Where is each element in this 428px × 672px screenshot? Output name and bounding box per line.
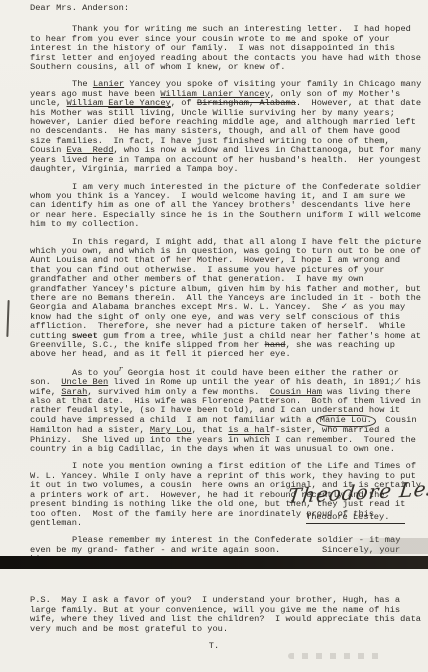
typed-signature-name: Theodore Lesley. (306, 512, 405, 524)
paragraph: Thank you for writing me such an interes… (30, 25, 424, 72)
scan-smudge-artifact (288, 653, 384, 659)
scan-artifact-bar (0, 556, 428, 569)
typed-initials: T. (0, 641, 428, 651)
text-segment: I am very much interested in the picture… (30, 182, 427, 230)
pen-superscript-r: r (119, 364, 123, 373)
paragraph: In this regard, I might add, that all al… (30, 238, 424, 360)
text-segment: Dear Mrs. Anderson: (30, 3, 129, 13)
scan-shadow-artifact (308, 538, 428, 554)
salutation: Dear Mrs. Anderson: (30, 4, 424, 13)
scanned-letter-page: Dear Mrs. Anderson:Thank you for writing… (0, 0, 428, 672)
text-segment: Thank you for writing me such an interes… (30, 24, 426, 72)
paragraph: As to your Georgia host it could have be… (30, 368, 424, 455)
text-segment: In this regard, I might add, that all al… (30, 237, 427, 313)
paragraph: I am very much interested in the picture… (30, 183, 424, 230)
pen-margin-line-mark (6, 300, 9, 337)
paragraph: The Lanier Yancey you spoke of visiting … (30, 80, 424, 174)
postscript-paragraph: P.S. May I ask a favor of you? I underst… (30, 596, 422, 634)
